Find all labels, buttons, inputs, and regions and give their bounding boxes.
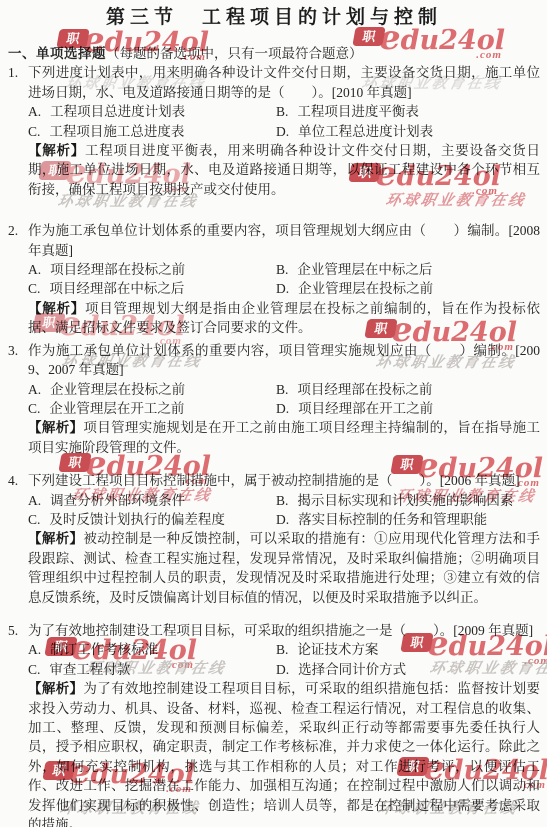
option-text: 揭示目标实现和计划实施的影响因素 [297,493,513,508]
question-2-stem: 2. 作为施工承包单位计划体系的重要内容，项目管理规划大纲应由（ ）编制。[20… [8,221,540,260]
option-b: B.项目经理部在投标之前 [276,380,540,399]
option-text: 项目经理部在开工之前 [298,401,433,416]
question-3-options: A.企业管理层在投标之前 B.项目经理部在投标之前 C.企业管理层在开工之前 D… [8,380,540,419]
option-text: 工程项目进度平衡表 [297,104,419,119]
analysis-label: 【解析】 [28,420,83,435]
option-label: B. [276,493,288,508]
question-4-analysis: 【解析】被动控制是一种反馈控制，可以采取的措施有：①应用现代化管理方法和手段跟踪… [28,529,540,607]
option-label: A. [28,493,41,508]
analysis-text: 项目管理规划大纲是指由企业管理层在投标之前编制的，旨在作为投标依据、满足招标文件… [28,301,540,335]
page-content: 第三节 工程项目的计划与控制 一、单项选择题（每题的备选项中，只有一项最符合题意… [0,0,547,827]
question-3-stem: 3. 作为施工承包单位计划体系的重要内容，项目管理实施规划应由（ ）编制。[20… [8,341,540,380]
option-text: 企业管理层在投标之前 [50,382,185,397]
option-c: C.审查工程付款 [28,660,276,679]
question-5-options: A.制订工作考核标准 B.论证技术方案 C.审查工程付款 D.选择合同计价方式 [8,640,540,679]
analysis-text: 项目管理实施规划是在开工之前由施工项目经理主持编制的，旨在指导施工项目实施阶段管… [28,420,540,454]
option-text: 制订工作考核标准 [50,642,158,657]
option-label: B. [276,382,288,397]
option-d: D.企业管理层在投标之前 [276,279,540,298]
analysis-label: 【解析】 [28,681,83,696]
analysis-label: 【解析】 [28,301,85,316]
analysis-text: 被动控制是一种反馈控制，可以采取的措施有：①应用现代化管理方法和手段跟踪、测试、… [28,531,540,604]
analysis-label: 【解析】 [28,531,83,546]
question-3: 3. 作为施工承包单位计划体系的重要内容，项目管理实施规划应由（ ）编制。[20… [8,341,540,457]
option-label: A. [28,262,41,277]
option-label: D. [276,512,289,527]
option-text: 论证技术方案 [297,642,378,657]
option-d: D.选择合同计价方式 [276,660,540,679]
option-text: 企业管理层在投标之前 [298,281,433,296]
option-a: A.企业管理层在投标之前 [28,380,276,399]
option-a: A.调查分析外部环境条件 [28,491,276,510]
analysis-text: 工程项目进度平衡表，用来明确各种设计文件交付日期，主要设备交货日期，施工单位进场… [28,143,540,197]
question-stem-text: 为了有效地控制建设工程项目目标，可采取的组织措施之一是（ ）。[2009 年真题… [28,623,533,638]
section-heading-bold: 一、单项选择题 [8,46,106,61]
option-label: C. [28,662,40,677]
option-label: B. [276,104,288,119]
option-label: A. [28,642,41,657]
section-heading-note: （每题的备选项中，只有一项最符合题意） [106,46,363,61]
option-text: 单位工程总进度计划表 [298,124,433,139]
option-text: 企业管理层在开工之前 [49,401,184,416]
option-text: 项目经理部在投标之前 [50,262,185,277]
option-d: D.单位工程总进度计划表 [276,122,540,141]
analysis-text: 为了有效地控制建设工程项目目标，可采取的组织措施包括：监督按计划要求投入劳动力、… [28,681,540,827]
option-label: C. [28,281,40,296]
option-text: 及时反馈计划执行的偏差程度 [49,512,225,527]
option-text: 落实目标控制的任务和管理职能 [298,512,487,527]
question-stem-text: 作为施工承包单位计划体系的重要内容，项目管理规划大纲应由（ ）编制。[2008 … [28,223,540,257]
option-text: 审查工程付款 [49,662,130,677]
question-stem-text: 下列进度计划表中，用来明确各种设计文件交付日期，主要设备交货日期，施工单位进场日… [28,65,540,99]
question-1-options: A.工程项目总进度计划表 B.工程项目进度平衡表 C.工程项目施工总进度表 D.… [8,102,540,141]
option-text: 工程项目总进度计划表 [50,104,185,119]
question-2: 2. 作为施工承包单位计划体系的重要内容，项目管理规划大纲应由（ ）编制。[20… [8,221,540,337]
option-a: A.项目经理部在投标之前 [28,260,276,279]
option-label: A. [28,382,41,397]
question-4-options: A.调查分析外部环境条件 B.揭示目标实现和计划实施的影响因素 C.及时反馈计划… [8,491,540,530]
option-b: B.揭示目标实现和计划实施的影响因素 [276,491,540,510]
option-c: C.项目经理部在中标之后 [28,279,276,298]
option-text: 项目经理部在中标之后 [49,281,184,296]
question-number: 4. [8,471,18,490]
question-5-stem: 5. 为了有效地控制建设工程项目目标，可采取的组织措施之一是（ ）。[2009 … [8,621,540,640]
option-text: 调查分析外部环境条件 [50,493,185,508]
question-stem-text: 作为施工承包单位计划体系的重要内容，项目管理实施规划应由（ ）编制。[2009、… [28,343,540,377]
page-title: 第三节 工程项目的计划与控制 [8,5,540,31]
option-label: D. [276,401,289,416]
option-label: C. [28,401,40,416]
question-number: 5. [8,621,18,640]
question-number: 1. [8,63,18,82]
question-1-stem: 1. 下列进度计划表中，用来明确各种设计文件交付日期，主要设备交货日期，施工单位… [8,63,540,102]
question-1: 1. 下列进度计划表中，用来明确各种设计文件交付日期，主要设备交货日期，施工单位… [8,63,540,199]
option-label: A. [28,104,41,119]
question-number: 2. [8,221,18,240]
option-label: D. [276,124,289,139]
option-label: C. [28,124,40,139]
option-text: 工程项目施工总进度表 [49,124,184,139]
question-5-analysis: 【解析】为了有效地控制建设工程项目目标，可采取的组织措施包括：监督按计划要求投入… [28,679,540,827]
question-number: 3. [8,341,18,360]
option-text: 选择合同计价方式 [298,662,406,677]
option-c: C.及时反馈计划执行的偏差程度 [28,510,276,529]
option-text: 企业管理层在中标之后 [297,262,432,277]
option-d: D.落实目标控制的任务和管理职能 [276,510,540,529]
analysis-label: 【解析】 [28,143,85,158]
option-label: B. [276,642,288,657]
question-4: 4. 下列建设工程项目目标控制措施中，属于被动控制措施的是（ ）。[2006 年… [8,471,540,607]
option-b: B.论证技术方案 [276,640,540,659]
option-a: A.制订工作考核标准 [28,640,276,659]
scanned-exam-page: 第三节 工程项目的计划与控制 一、单项选择题（每题的备选项中，只有一项最符合题意… [0,0,547,827]
question-3-analysis: 【解析】项目管理实施规划是在开工之前由施工项目经理主持编制的，旨在指导施工项目实… [28,418,540,457]
question-4-stem: 4. 下列建设工程项目目标控制措施中，属于被动控制措施的是（ ）。[2006 年… [8,471,540,490]
option-d: D.项目经理部在开工之前 [276,399,540,418]
option-c: C.工程项目施工总进度表 [28,122,276,141]
section-heading: 一、单项选择题（每题的备选项中，只有一项最符合题意） [8,44,540,63]
option-text: 项目经理部在投标之前 [297,382,432,397]
question-2-options: A.项目经理部在投标之前 B.企业管理层在中标之后 C.项目经理部在中标之后 D… [8,260,540,299]
option-label: D. [276,662,289,677]
question-1-analysis: 【解析】工程项目进度平衡表，用来明确各种设计文件交付日期，主要设备交货日期，施工… [28,141,540,199]
option-b: B.工程项目进度平衡表 [276,102,540,121]
option-a: A.工程项目总进度计划表 [28,102,276,121]
question-2-analysis: 【解析】项目管理规划大纲是指由企业管理层在投标之前编制的，旨在作为投标依据、满足… [28,299,540,338]
option-c: C.企业管理层在开工之前 [28,399,276,418]
option-label: B. [276,262,288,277]
option-label: C. [28,512,40,527]
option-b: B.企业管理层在中标之后 [276,260,540,279]
option-label: D. [276,281,289,296]
question-stem-text: 下列建设工程项目目标控制措施中，属于被动控制措施的是（ ）。[2006 年真题] [28,473,520,488]
question-5: 5. 为了有效地控制建设工程项目目标，可采取的组织措施之一是（ ）。[2009 … [8,621,540,827]
